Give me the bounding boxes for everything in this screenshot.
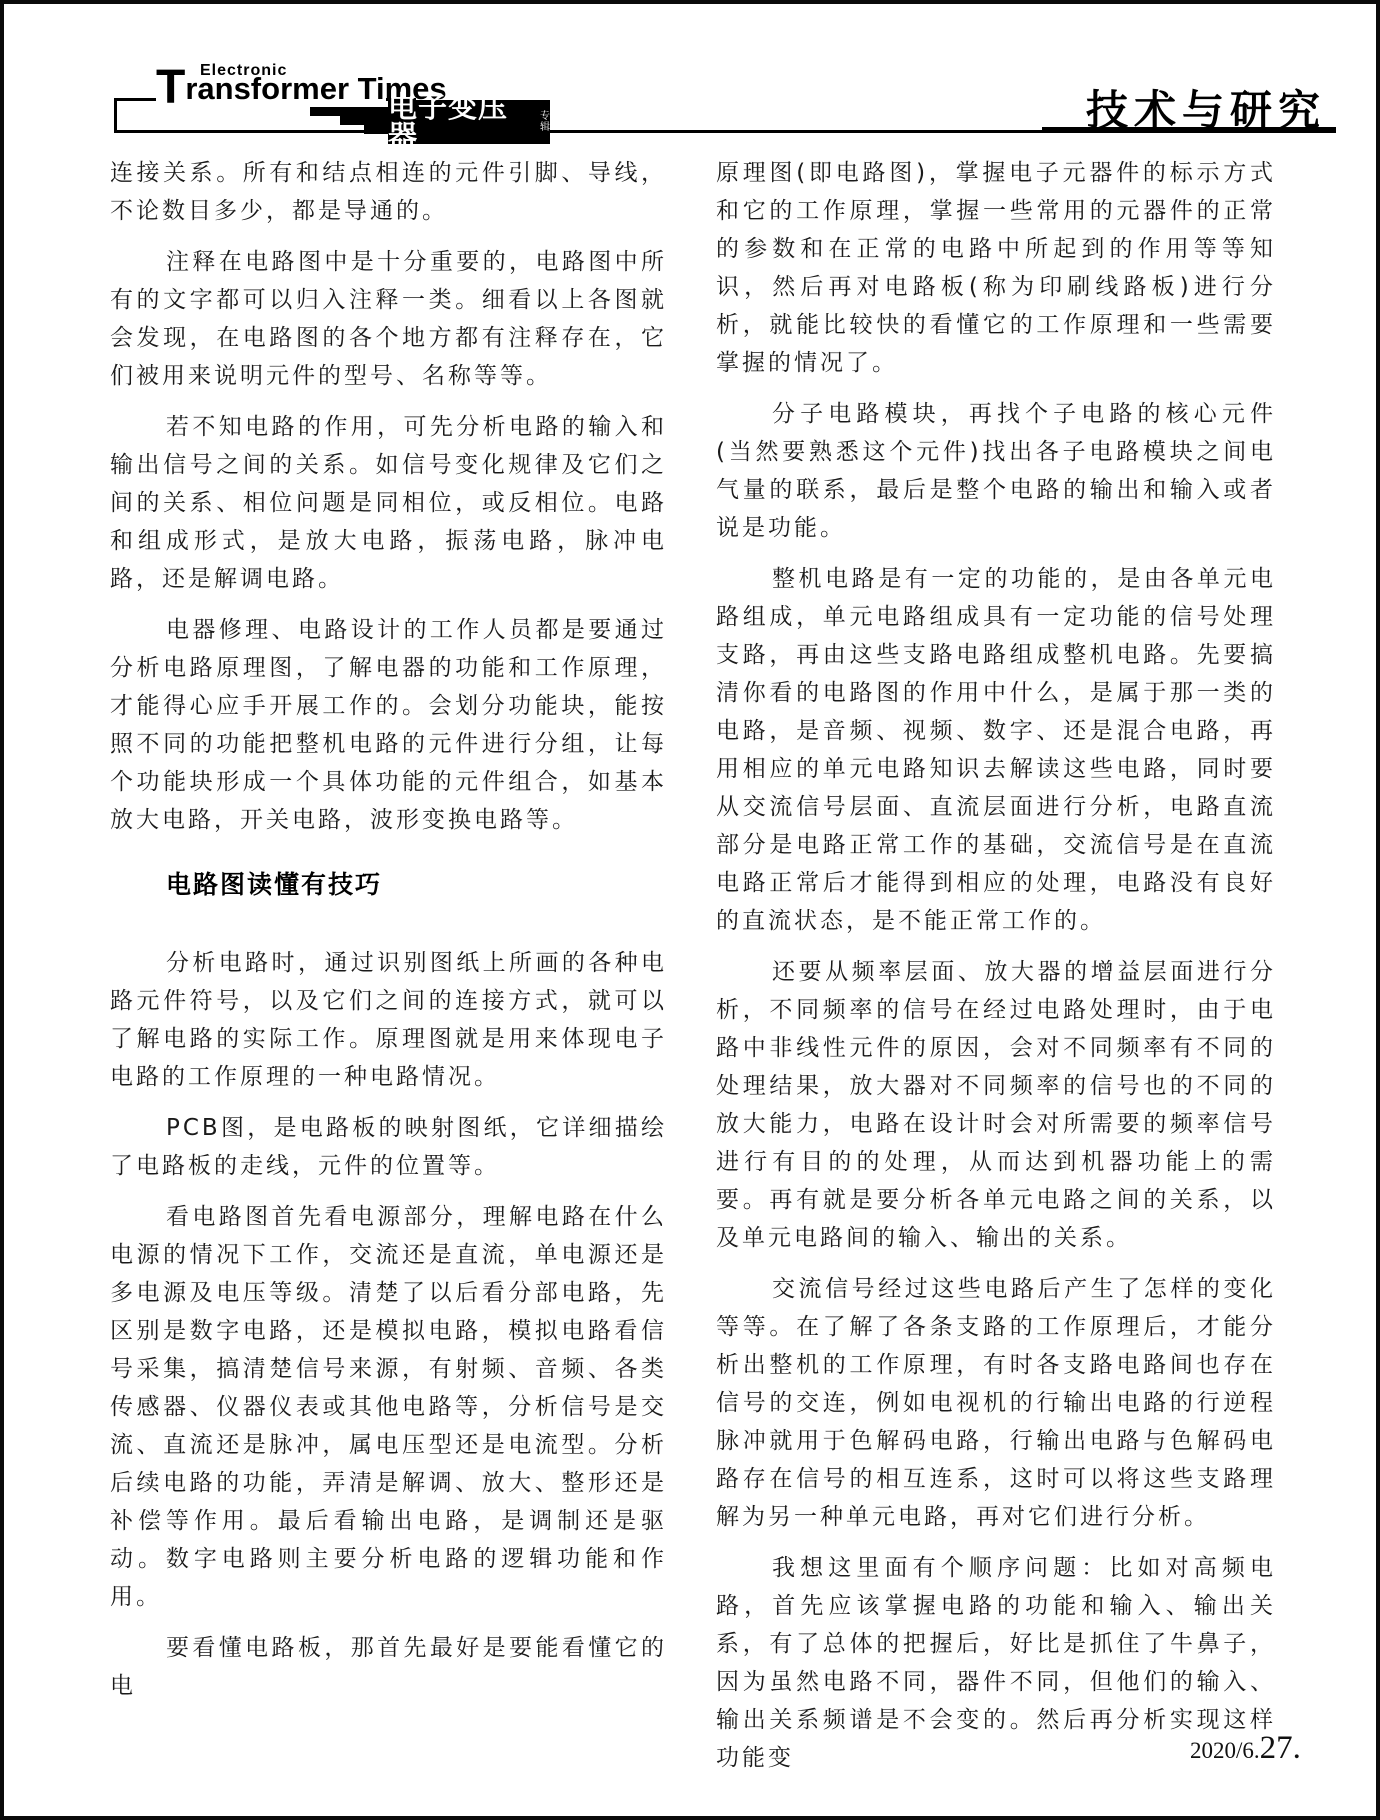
paragraph: PCB图，是电路板的映射图纸，它详细描绘了电路板的走线，元件的位置等。: [110, 1109, 667, 1185]
date-dot: .: [1293, 1730, 1301, 1766]
paragraph: 要看懂电路板，那首先最好是要能看懂它的电: [110, 1629, 667, 1705]
paragraph: 连接关系。所有和结点相连的元件引脚、导线，不论数目多少，都是导通的。: [110, 154, 667, 230]
paragraph: 电器修理、电路设计的工作人员都是要通过分析电路原理图，了解电器的功能和工作原理，…: [110, 611, 667, 839]
paragraph: 还要从频率层面、放大器的增益层面进行分析，不同频率的信号在经过电路处理时，由于电…: [716, 953, 1276, 1257]
banner-step-decoration: [340, 107, 364, 125]
banner-title: 电子变压器: [388, 93, 537, 151]
electronic-transformer-banner: 电子变压器 专 辑: [388, 100, 550, 144]
banner-step-decoration: [310, 107, 340, 116]
paragraph: 交流信号经过这些电路后产生了怎样的变化等等。在了解了各条支路的工作原理后，才能分…: [716, 1270, 1276, 1536]
banner-step-decoration: [364, 107, 388, 134]
left-column: 连接关系。所有和结点相连的元件引脚、导线，不论数目多少，都是导通的。 注释在电路…: [110, 154, 667, 1718]
paragraph: 若不知电路的作用，可先分析电路的输入和输出信号之间的关系。如信号变化规律及它们之…: [110, 408, 667, 598]
date-prefix: 2020/6.: [1190, 1738, 1260, 1763]
logo-dash-left: [114, 98, 156, 101]
paragraph: 原理图(即电路图)，掌握电子元器件的标示方式和它的工作原理，掌握一些常用的元器件…: [716, 154, 1276, 382]
banner-suffix: 专 辑: [540, 111, 550, 133]
banner-suffix-char: 辑: [540, 122, 550, 133]
magazine-page: Electronic Transformer Times 电子变压器 专 辑 技…: [0, 0, 1380, 1820]
paragraph: 注释在电路图中是十分重要的，电路图中所有的文字都可以归入注释一类。细看以上各图就…: [110, 243, 667, 395]
banner-suffix-char: 专: [540, 111, 550, 122]
paragraph: 整机电路是有一定的功能的，是由各单元电路组成，单元电路组成具有一定功能的信号处理…: [716, 560, 1276, 940]
paragraph: 分析电路时，通过识别图纸上所画的各种电路元件符号，以及它们之间的连接方式，就可以…: [110, 944, 667, 1096]
paragraph: 看电路图首先看电源部分，理解电路在什么电源的情况下工作，交流还是直流，单电源还是…: [110, 1198, 667, 1616]
page-date: 2020/6.27.: [1190, 1730, 1301, 1767]
section-title: 技术与研究: [1086, 78, 1326, 138]
right-column: 原理图(即电路图)，掌握电子元器件的标示方式和它的工作原理，掌握一些常用的元器件…: [716, 154, 1276, 1790]
logo-bracket-line: [114, 98, 117, 133]
date-page-number: 27: [1260, 1730, 1293, 1766]
paragraph: 分子电路模块，再找个子电路的核心元件(当然要熟悉这个元件)找出各子电路模块之间电…: [716, 395, 1276, 547]
logo-initial: T: [156, 61, 185, 114]
section-heading: 电路图读懂有技巧: [110, 866, 667, 904]
